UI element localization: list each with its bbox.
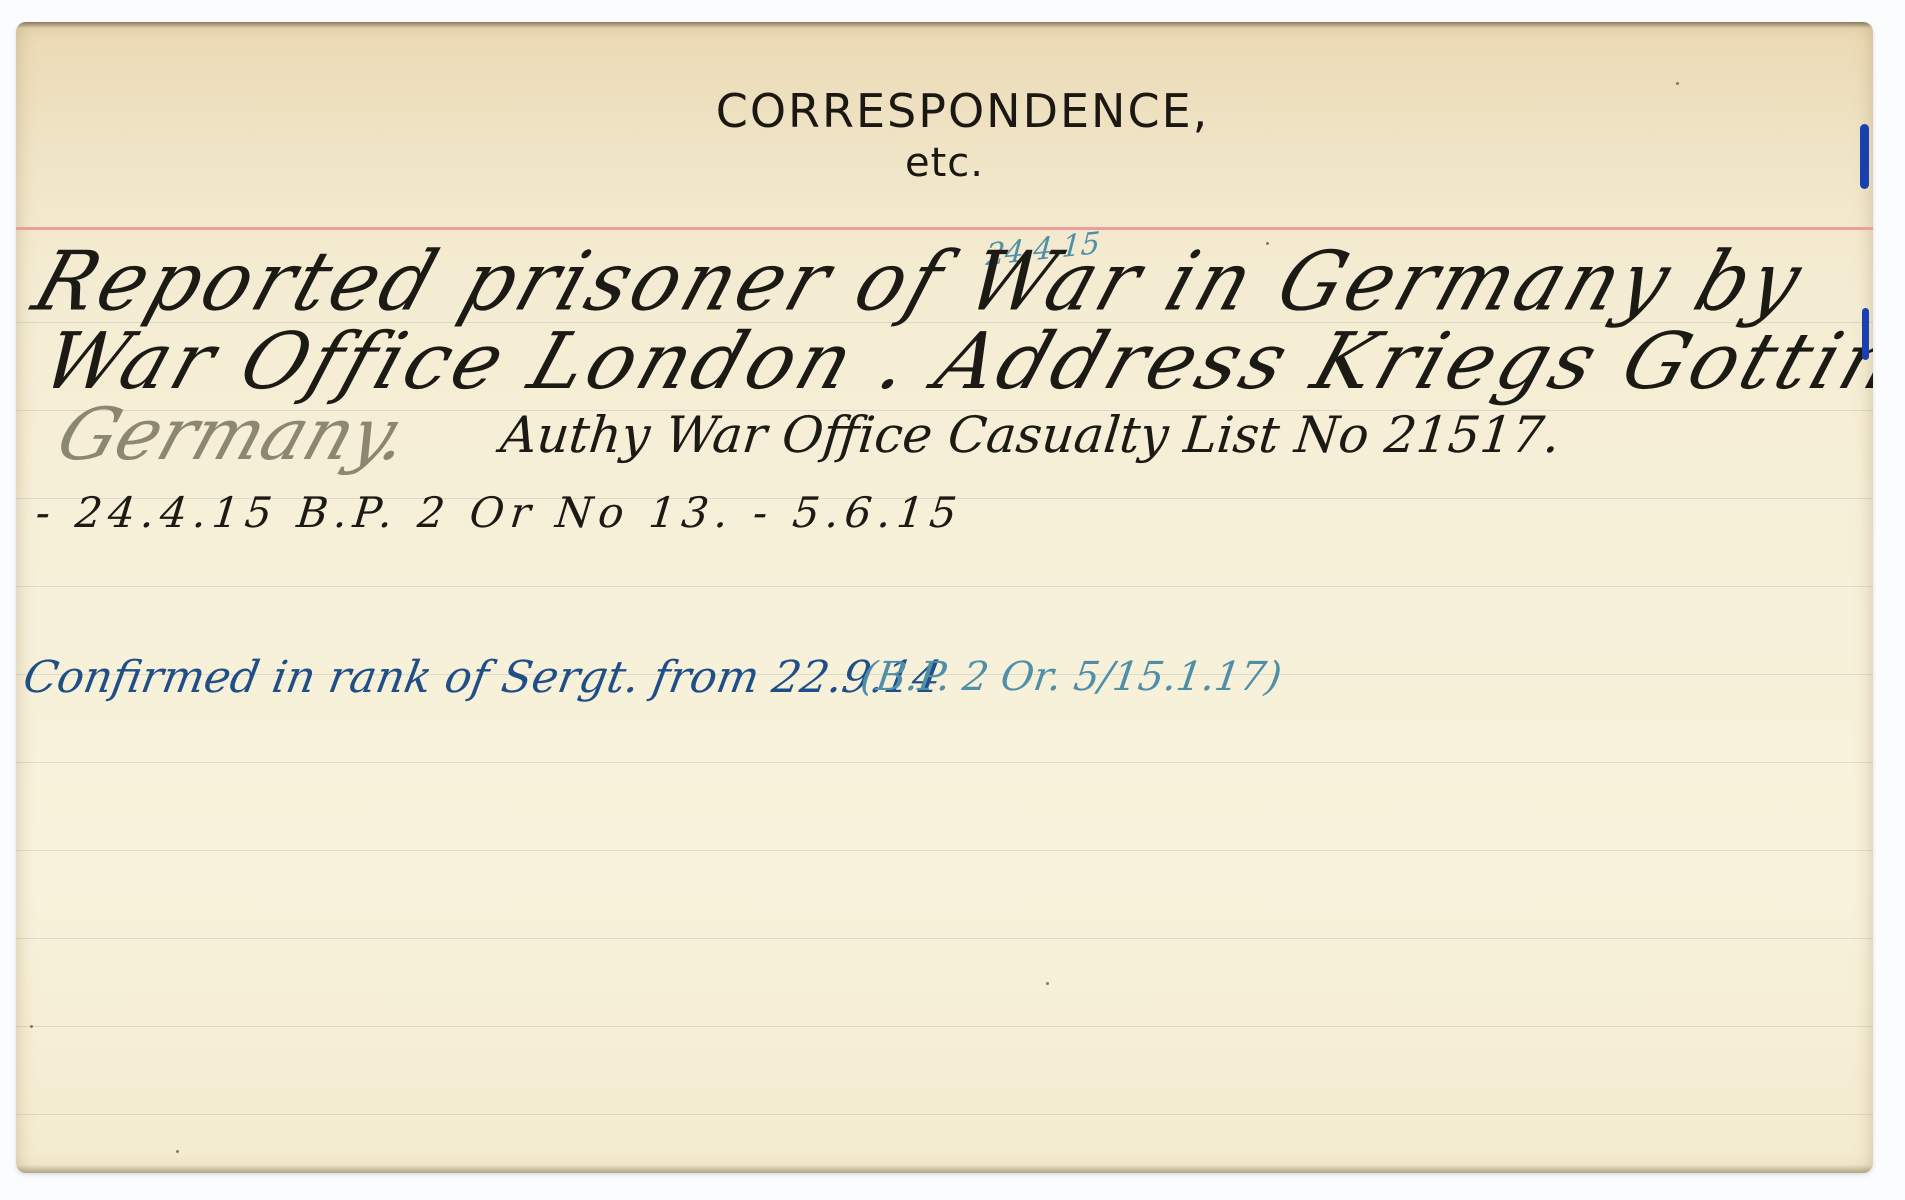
handwritten-line-5-reference: (B.P. 2 Or. 5/15.1.17) xyxy=(858,654,1285,700)
card-heading: CORRESPONDENCE, xyxy=(16,84,1873,138)
paper-speck xyxy=(30,1025,33,1028)
handwritten-line-1: Reported prisoner of War in Germany by xyxy=(23,235,1817,330)
red-header-rule xyxy=(16,227,1873,230)
paper-speck xyxy=(1676,82,1679,85)
paper-speck xyxy=(1046,982,1049,985)
ruled-line xyxy=(16,1114,1873,1115)
handwritten-line-4: - 24.4.15 B.P. 2 Or No 13. - 5.6.15 xyxy=(33,488,965,537)
handwritten-line-5: Confirmed in rank of Sergt. from 22.9.14 xyxy=(20,652,946,703)
ruled-line xyxy=(16,586,1873,587)
ruled-line xyxy=(16,850,1873,851)
record-card: CORRESPONDENCE, etc. 24.4.15 Reported pr… xyxy=(16,22,1873,1173)
paper-speck xyxy=(1266,242,1269,245)
ruled-line xyxy=(16,1026,1873,1027)
ruled-line xyxy=(16,938,1873,939)
handwritten-line-3-faded: Germany. xyxy=(47,392,420,476)
card-subheading: etc. xyxy=(16,140,1873,186)
paper-speck xyxy=(176,1150,179,1153)
edge-ink-mark xyxy=(1860,124,1869,189)
ruled-line xyxy=(16,762,1873,763)
handwritten-line-3: Authy War Office Casualty List No 21517. xyxy=(498,406,1563,464)
edge-ink-mark xyxy=(1862,308,1869,360)
